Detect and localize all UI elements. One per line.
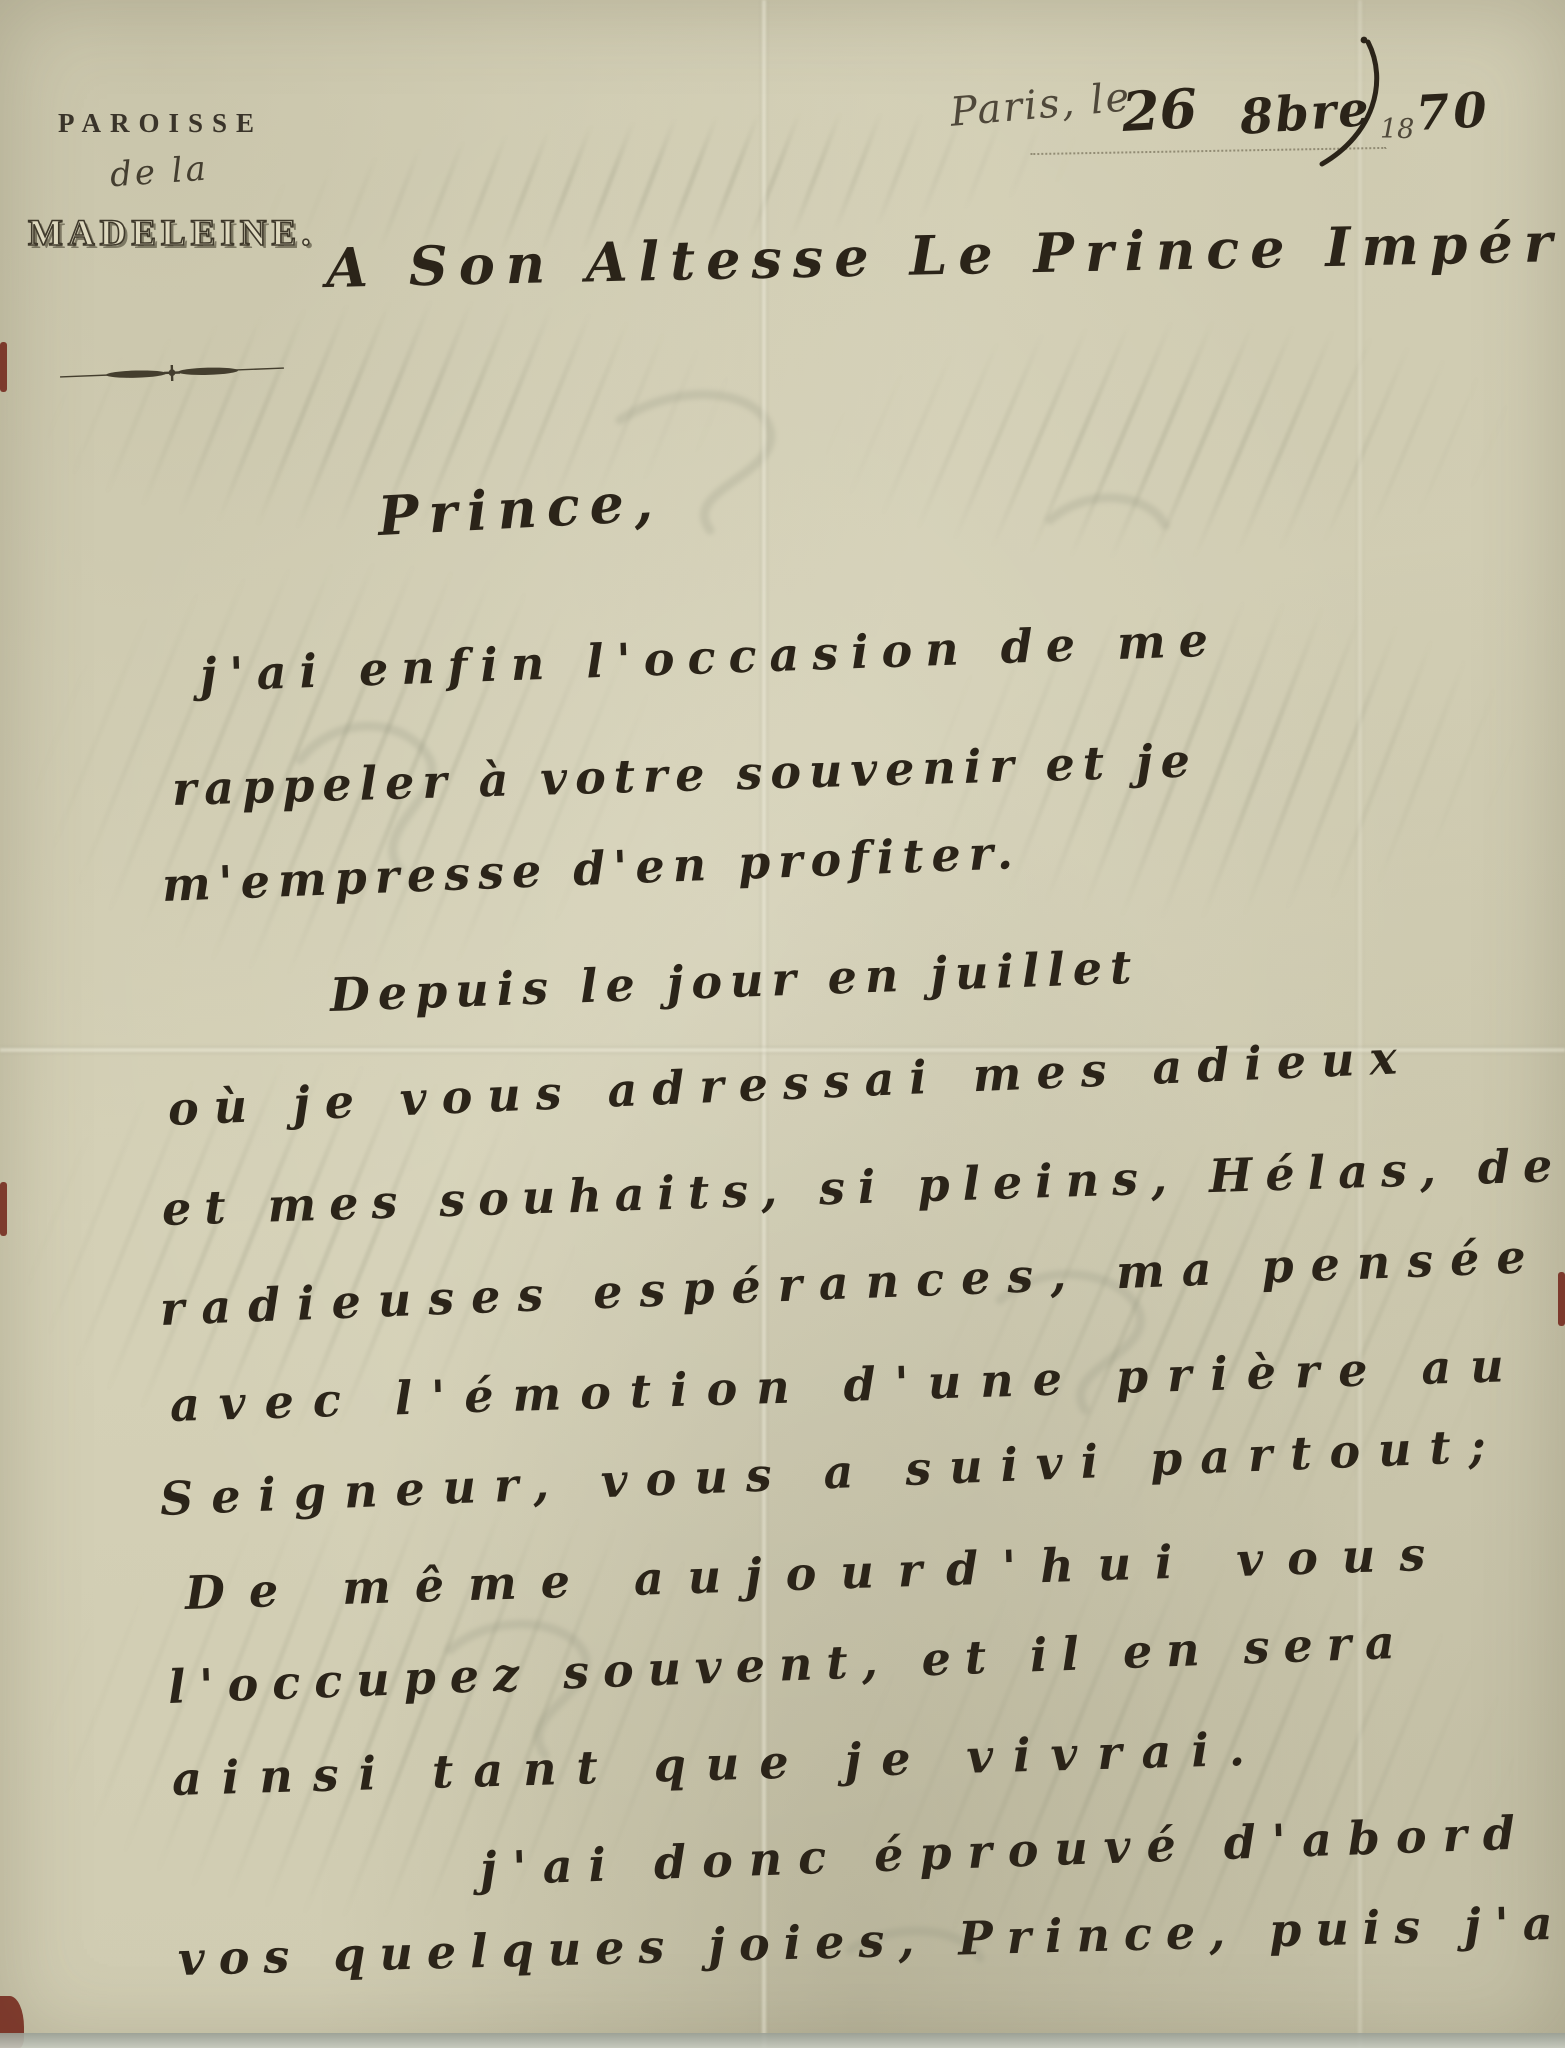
dateline-year: 70: [1415, 82, 1493, 142]
letterhead-de-la: de la: [109, 149, 210, 196]
body-line: vos quelques joies, Prince, puis j'ai: [177, 1895, 1565, 1986]
body-line: De même aujourd'hui vous: [184, 1526, 1450, 1620]
photo-edge-strip: [0, 2033, 1565, 2048]
body-line: j'ai donc éprouvé d'abord: [479, 1805, 1532, 1896]
dateline-printed-century: 18: [1380, 114, 1414, 145]
address-line: A Son Altesse Le Prince Impérial.: [325, 207, 1565, 300]
letterhead-paroisse: PAROISSE: [58, 108, 263, 139]
vertical-fold-crease-2: [1356, 0, 1364, 2048]
edge-mark: [1558, 1272, 1565, 1326]
body-line: rappeler à votre souvenir et je: [171, 733, 1198, 816]
body-line: l'occupez souvent, et il en sera: [167, 1615, 1410, 1714]
body-line: radieuses espérances, ma pensée: [159, 1229, 1544, 1336]
body-line: Seigneur, vous a suivi partout;: [159, 1418, 1505, 1526]
edge-mark: [0, 1182, 7, 1236]
body-line: m'empresse d'en profiter.: [161, 825, 1022, 912]
letterhead-madeleine: MADELEINE.: [28, 212, 315, 255]
dateline-day: 26: [1120, 76, 1198, 144]
body-line: avec l'émotion d'une prière au: [169, 1338, 1523, 1432]
body-line: où je vous adressai mes adieux: [167, 1030, 1413, 1136]
edge-mark: [0, 342, 7, 392]
dateline-month-flourish: [1318, 36, 1382, 170]
letterhead-ornament-rule: [58, 359, 286, 387]
body-line: j'ai enfin l'occasion de me: [199, 612, 1222, 702]
salutation: Prince,: [376, 469, 664, 548]
body-line: et mes souhaits, si pleins, Hélas, de: [161, 1138, 1565, 1236]
bleed-through-patch: [816, 308, 1524, 572]
body-line: Depuis le jour en juillet: [329, 940, 1140, 1022]
body-line: ainsi tant que je vivrai.: [171, 1721, 1265, 1806]
letter-page: PAROISSE de la MADELEINE. Paris, le 26 8…: [0, 0, 1565, 2048]
